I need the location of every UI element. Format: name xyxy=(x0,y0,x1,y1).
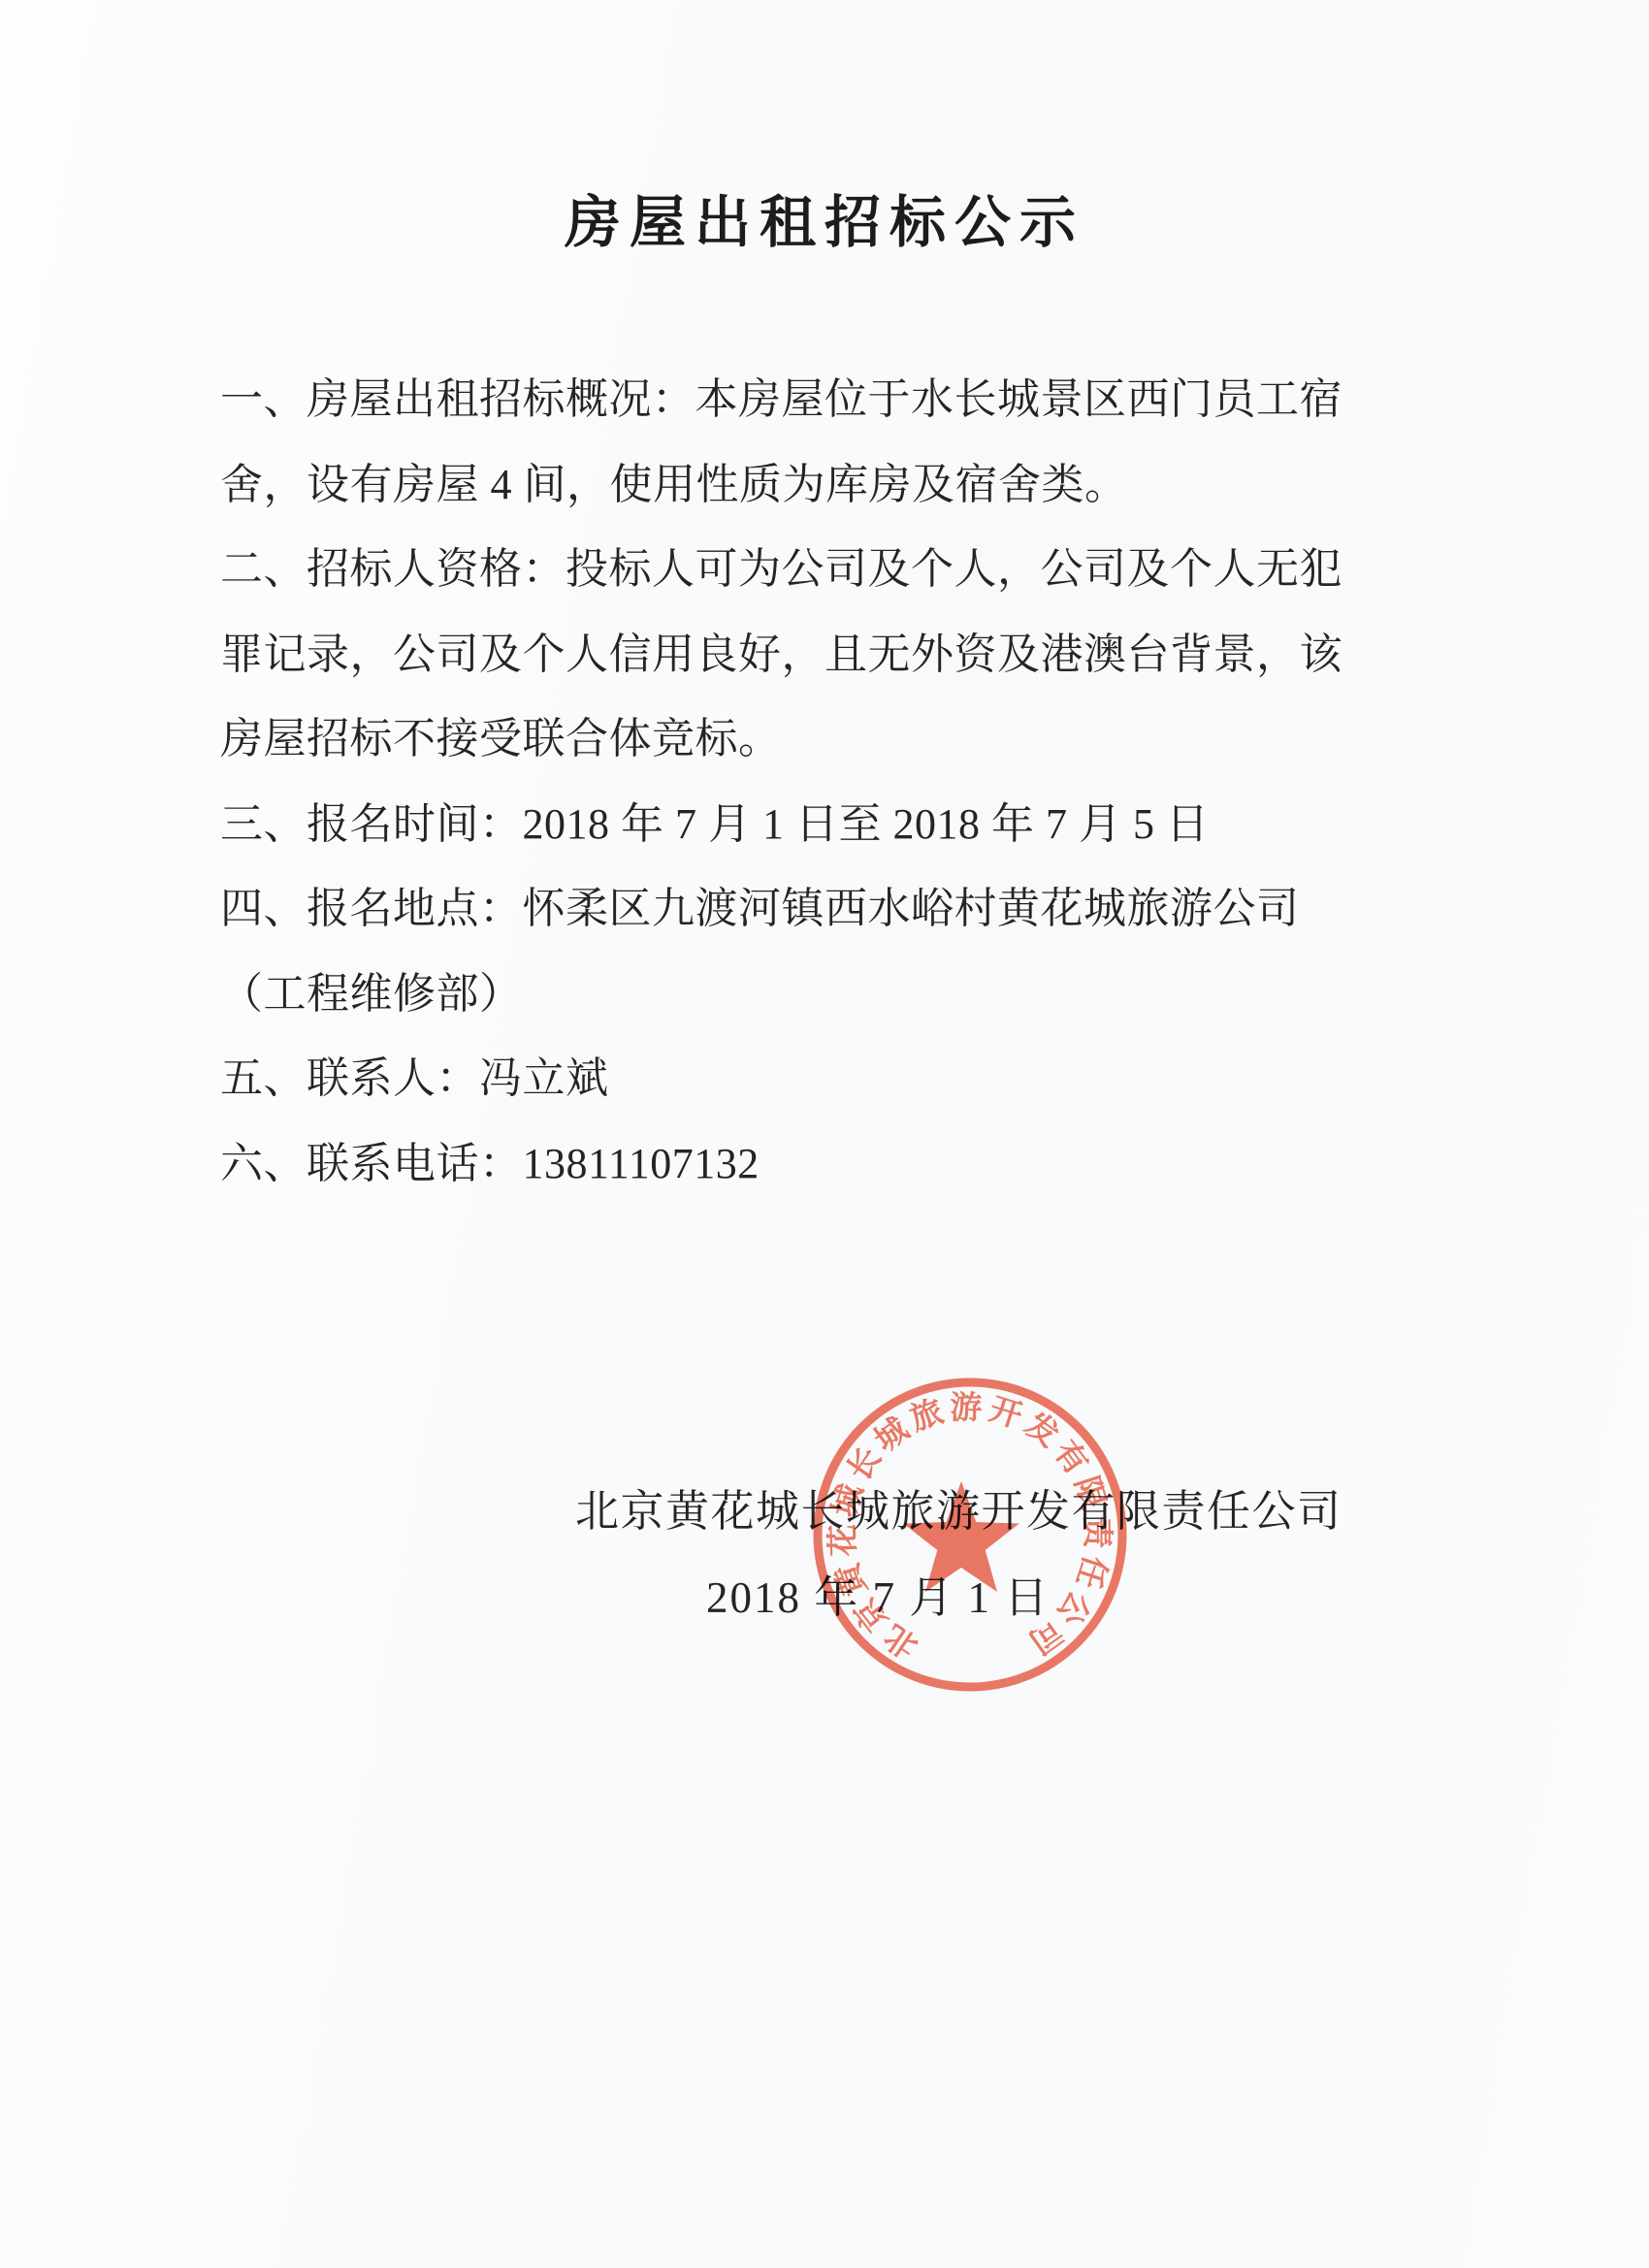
body-line-10: 六、联系电话：13811107132 xyxy=(220,1121,1316,1207)
body-line-6: 三、报名时间：2018 年 7 月 1 日至 2018 年 7 月 5 日 xyxy=(220,782,1316,867)
seal-star-icon xyxy=(903,1481,1019,1592)
body-line-5: 房屋招标不接受联合体竞标。 xyxy=(220,697,1316,782)
scanned-document-page: 房屋出租招标公示 一、房屋出租招标概况：本房屋位于水长城景区西门员工宿 舍，设有… xyxy=(0,0,1649,2268)
body-line-2: 舍，设有房屋 4 间，使用性质为库房及宿舍类。 xyxy=(220,442,1316,528)
company-seal-stamp: 北京黄花城长城旅游开发有限责任公司 xyxy=(805,1372,1135,1701)
body-line-9: 五、联系人：冯立斌 xyxy=(220,1036,1316,1121)
body-line-4: 罪记录，公司及个人信用良好，且无外资及港澳台背景，该 xyxy=(220,612,1316,697)
body-line-1: 一、房屋出租招标概况：本房屋位于水长城景区西门员工宿 xyxy=(220,357,1316,442)
body-line-3: 二、招标人资格：投标人可为公司及个人，公司及个人无犯 xyxy=(220,527,1316,612)
document-title: 房屋出租招标公示 xyxy=(0,187,1649,259)
body-line-7: 四、报名地点：怀柔区九渡河镇西水峪村黄花城旅游公司 xyxy=(220,866,1316,952)
body-line-8: （工程维修部） xyxy=(220,952,1316,1037)
document-body: 一、房屋出租招标概况：本房屋位于水长城景区西门员工宿 舍，设有房屋 4 间，使用… xyxy=(220,357,1316,1206)
